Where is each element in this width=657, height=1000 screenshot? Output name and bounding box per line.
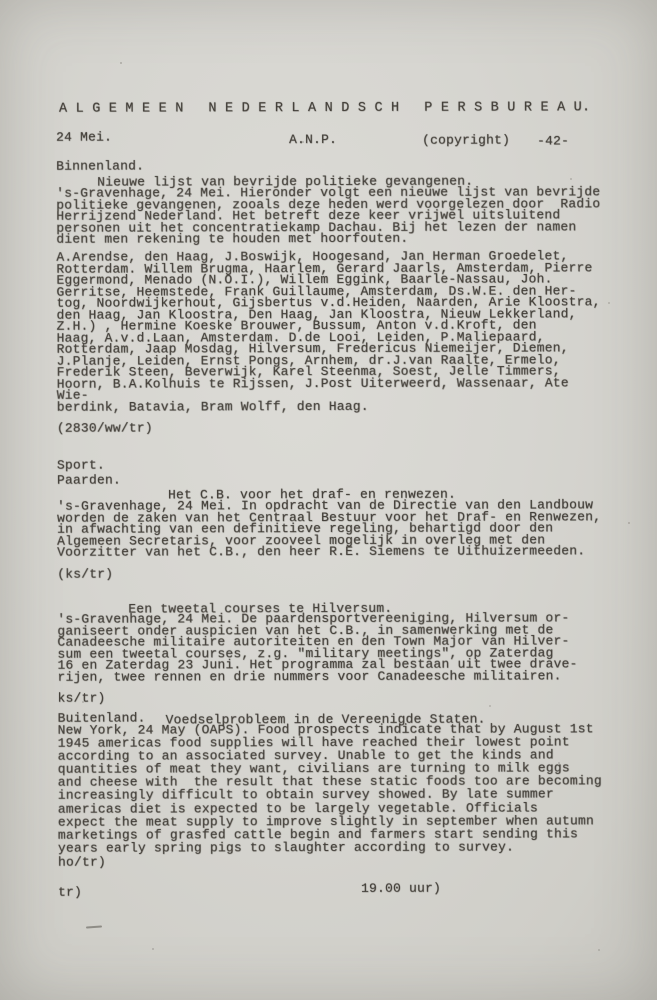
agency-name: A.N.P. [289,132,337,147]
sign-off-draf-renwezen: (ks/tr) [57,567,113,582]
issue-date: 24 Mei. [56,130,112,145]
page-number: -42- [537,133,569,148]
article-body-prisoners-intro: 's-Gravenhage, 24 Mei. Hieronder volgt e… [56,186,601,245]
typewritten-content: A L G E M E E N N E D E R L A N D S C H … [0,0,657,1000]
article-body-voedselprobleem: New York, 24 May (OAPS). Food prospects … [58,722,610,854]
article-body-prisoners-names: A.Arendse, den Haag, J.Boswijk, Hoogesan… [56,250,604,412]
masthead-title: A L G E M E E N N E D E R L A N D S C H … [59,100,590,116]
sign-off-voedselprobleem: ho/tr) [58,855,106,870]
sign-off-courses-hilversum: ks/tr) [57,691,105,706]
time-stamp: 19.00 uur) [361,881,441,896]
rubric-binnenland: Binnenland. [56,158,144,173]
copyright-label: (copyright) [422,133,510,148]
article-body-courses-hilversum: 's-Gravenhage, 24 Mei. De paardensportve… [57,612,602,682]
document-page: A L G E M E E N N E D E R L A N D S C H … [0,0,657,1000]
article-body-draf-renwezen: 's-Gravenhage, 24 Mei. In opdracht van d… [57,499,602,558]
rubric-paarden: Paarden. [57,473,121,488]
footer-sign: tr) [58,885,82,900]
rubric-sport: Sport. [57,458,105,473]
sign-off-binnenland: (2830/ww/tr) [57,420,153,435]
